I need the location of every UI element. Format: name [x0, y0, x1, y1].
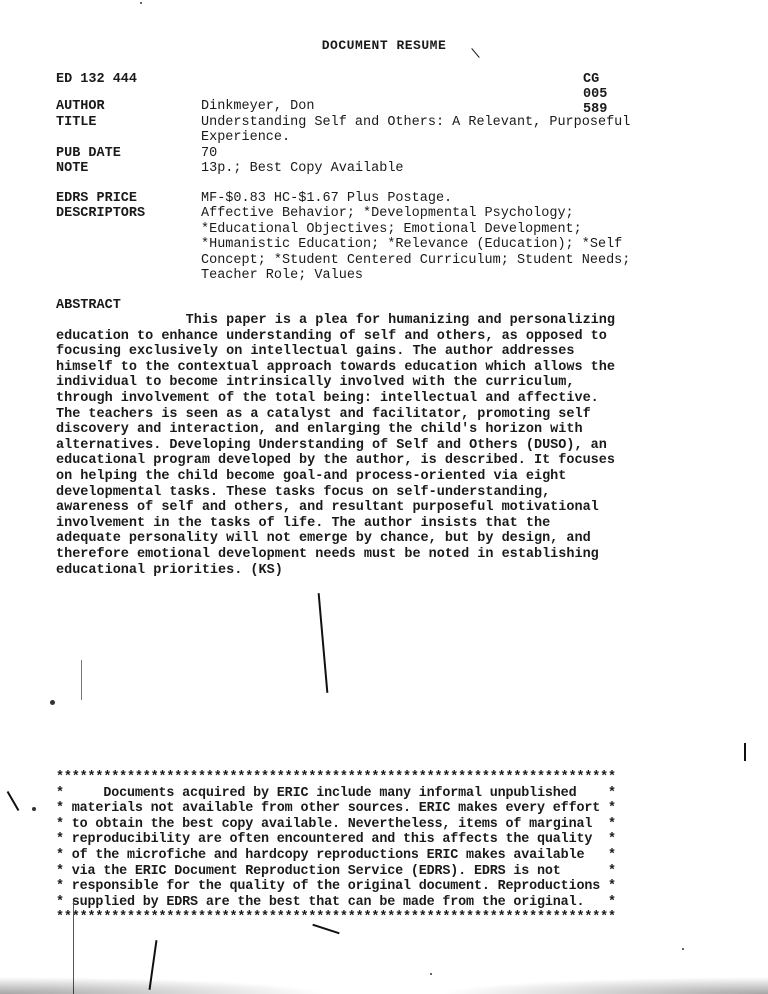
field-descriptors: DESCRIPTORS Affective Behavior; *Develop…: [56, 206, 696, 284]
notice-line: * via the ERIC Document Reproduction Ser…: [56, 864, 716, 880]
field-value: 13p.; Best Copy Available: [201, 161, 696, 177]
field-value: Affective Behavior; *Developmental Psych…: [201, 206, 696, 284]
field-label: NOTE: [56, 161, 201, 177]
scan-speck: [140, 2, 142, 4]
field-edrs-price: EDRS PRICE MF-$0.83 HC-$1.67 Plus Postag…: [56, 191, 696, 207]
field-label: TITLE: [56, 115, 201, 146]
abstract-label: ABSTRACT: [56, 298, 121, 313]
notice-line: * materials not available from other sou…: [56, 801, 716, 817]
notice-line: ****************************************…: [56, 770, 716, 786]
field-value: Understanding Self and Others: A Relevan…: [201, 115, 696, 146]
scan-mark-line: [744, 743, 746, 761]
notice-line: * to obtain the best copy available. Nev…: [56, 817, 716, 833]
field-title: TITLE Understanding Self and Others: A R…: [56, 115, 696, 146]
abstract-line: involvement in the tasks of life. The au…: [56, 516, 716, 532]
scan-mark-line: [7, 791, 20, 811]
field-label: DESCRIPTORS: [56, 206, 201, 284]
notice-line: * Documents acquired by ERIC include man…: [56, 786, 716, 802]
scan-mark-line: [318, 593, 329, 693]
field-author: AUTHOR Dinkmeyer, Don: [56, 99, 696, 115]
document-heading: DOCUMENT RESUME: [0, 38, 768, 53]
field-note: NOTE 13p.; Best Copy Available: [56, 161, 696, 177]
abstract-line: educational program developed by the aut…: [56, 453, 716, 469]
scan-edge-noise: [0, 954, 768, 994]
abstract-line: alternatives. Developing Understanding o…: [56, 438, 716, 454]
eric-notice-box: ****************************************…: [56, 770, 716, 926]
abstract-line: adequate personality will not emerge by …: [56, 531, 716, 547]
notice-line: * responsible for the quality of the ori…: [56, 879, 716, 895]
abstract-line: educational priorities. (KS): [56, 563, 716, 579]
abstract-line: on helping the child become goal-and pro…: [56, 469, 716, 485]
scan-speck: [50, 700, 55, 705]
abstract-line: awareness of self and others, and result…: [56, 500, 716, 516]
notice-line: * of the microfiche and hardcopy reprodu…: [56, 848, 716, 864]
abstract-line: The teachers is seen as a catalyst and f…: [56, 407, 716, 423]
abstract-line: education to enhance understanding of se…: [56, 329, 716, 345]
scanned-document-page: DOCUMENT RESUME ED 132 444 CG 005 589 AU…: [0, 0, 768, 994]
field-value: 70: [201, 146, 696, 162]
field-label: AUTHOR: [56, 99, 201, 115]
abstract-line: through involvement of the total being: …: [56, 391, 716, 407]
abstract-line: individual to become intrinsically invol…: [56, 375, 716, 391]
notice-line: * reproducibility are often encountered …: [56, 832, 716, 848]
abstract-line: focusing exclusively on intellectual gai…: [56, 344, 716, 360]
abstract-body: This paper is a plea for humanizing and …: [56, 313, 716, 578]
abstract-line: therefore emotional development needs mu…: [56, 547, 716, 563]
abstract-line: himself to the contextual approach towar…: [56, 360, 716, 376]
scan-speck: [682, 948, 684, 950]
metadata-fields: AUTHOR Dinkmeyer, Don TITLE Understandin…: [56, 99, 696, 284]
field-pub-date: PUB DATE 70: [56, 146, 696, 162]
abstract-line: This paper is a plea for humanizing and …: [56, 313, 716, 329]
field-label: EDRS PRICE: [56, 191, 201, 207]
scan-speck: [32, 807, 36, 811]
abstract-line: developmental tasks. These tasks focus o…: [56, 485, 716, 501]
field-value: MF-$0.83 HC-$1.67 Plus Postage.: [201, 191, 696, 207]
notice-line: * supplied by EDRS are the best that can…: [56, 895, 716, 911]
ed-number: ED 132 444: [56, 72, 137, 87]
field-value: Dinkmeyer, Don: [201, 99, 696, 115]
scan-mark-line: [81, 660, 82, 700]
abstract-line: discovery and interaction, and enlarging…: [56, 422, 716, 438]
notice-line: ****************************************…: [56, 910, 716, 926]
spacer: [56, 177, 696, 191]
field-label: PUB DATE: [56, 146, 201, 162]
